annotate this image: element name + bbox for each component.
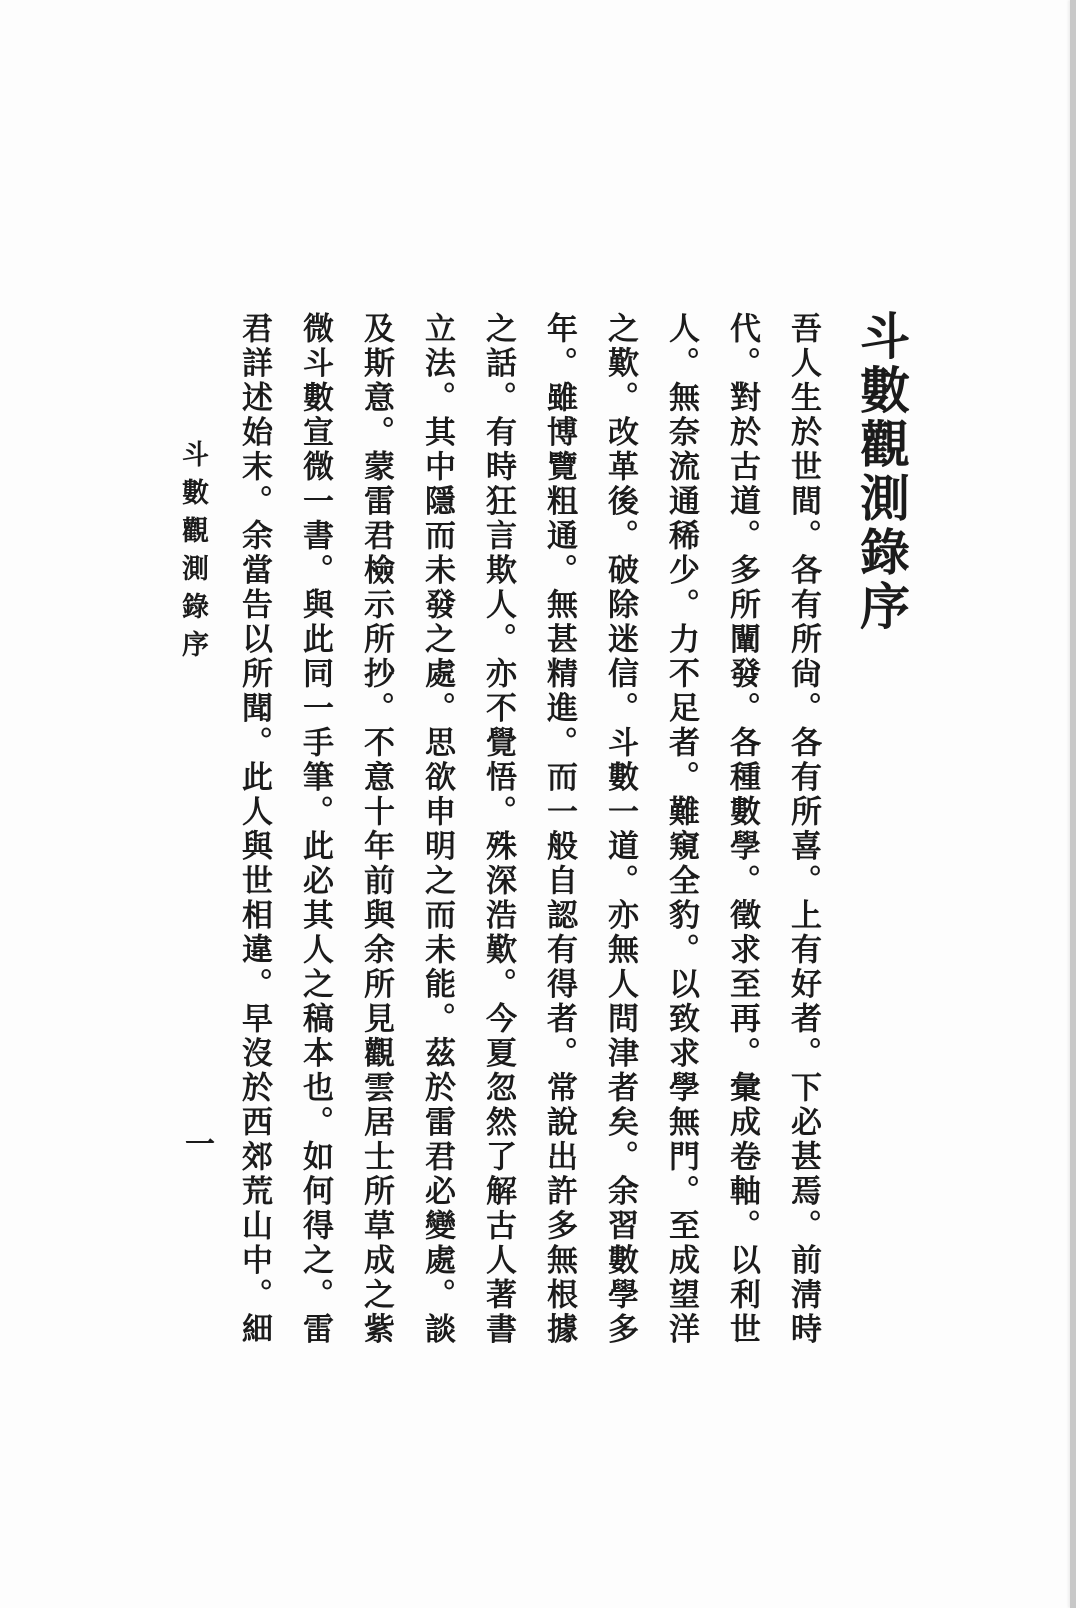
body-column-9: 微斗數宣微一書。與此同一手筆。此必其人之稿本也。如何得之。雷 <box>293 312 338 1347</box>
body-column-5: 年。雖博覽粗通。無甚精進。而一般自認有得者。常說出許多無根據 <box>537 312 582 1347</box>
page-number: 一 <box>174 1128 218 1158</box>
body-column-4: 之歎。改革後。破除迷信。斗數一道。亦無人問津者矣。余習數學多 <box>598 312 643 1347</box>
chapter-title: 斗數觀測錄序 <box>845 310 917 634</box>
scan-edge-line <box>1070 0 1076 1608</box>
running-header: 斗數觀測錄序 <box>174 440 213 668</box>
body-column-2: 代。對於古道。多所闡發。各種數學。徵求至再。彙成卷軸。以利世 <box>720 312 765 1347</box>
body-column-1: 吾人生於世間。各有所尙。各有所喜。上有好者。下必甚焉。前淸時 <box>781 312 826 1347</box>
body-column-3: 人。無奈流通稀少。力不足者。難窺全豹。以致求學無門。至成望洋 <box>659 312 704 1347</box>
body-column-7: 立法。其中隱而未發之處。思欲申明之而未能。茲於雷君必變處。談 <box>415 312 460 1347</box>
body-column-8: 及斯意。蒙雷君檢示所抄。不意十年前與余所見觀雲居士所草成之紫 <box>354 312 399 1347</box>
body-column-6: 之話。有時狂言欺人。亦不覺悟。殊深浩歎。今夏忽然了解古人著書 <box>476 312 521 1347</box>
scanned-book-page: 斗數觀測錄序 吾人生於世間。各有所尙。各有所喜。上有好者。下必甚焉。前淸時 代。… <box>0 0 1080 1608</box>
body-column-10: 君詳述始末。余當告以所聞。此人與世相違。早沒於西郊荒山中。細 <box>232 312 277 1347</box>
